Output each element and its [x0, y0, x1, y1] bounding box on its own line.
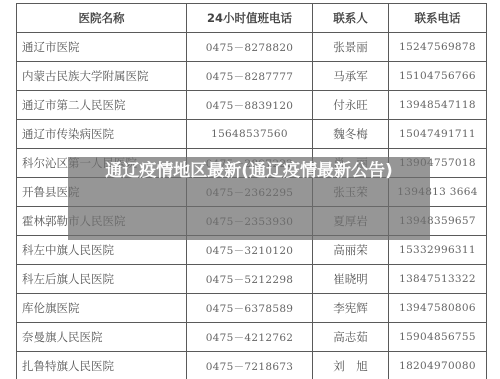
contact-person: 张景丽 — [313, 33, 389, 62]
hotline: 0475－6378589 — [187, 294, 313, 323]
contact-person: 高志茹 — [313, 323, 389, 352]
table-row: 通辽市传染病医院 15648537560 魏冬梅 15047491711 — [17, 120, 487, 149]
table-row: 扎鲁特旗人民医院 0475－7218673 刘 旭 18204970080 — [17, 352, 487, 379]
header-contact-phone: 联系电话 — [389, 4, 487, 33]
hospital-name: 库伦旗医院 — [17, 294, 187, 323]
table-row: 科左后旗人民医院 0475－5212298 崔晓明 13847513322 — [17, 265, 487, 294]
table-row: 库伦旗医院 0475－6378589 李宪辉 13947580806 — [17, 294, 487, 323]
table-row: 通辽市第二人民医院 0475－8839120 付永旺 13948547118 — [17, 91, 487, 120]
header-hospital-name: 医院名称 — [17, 4, 187, 33]
table-row: 奈曼旗人民医院 0475－4212762 高志茹 15904856755 — [17, 323, 487, 352]
table-header-row: 医院名称 24小时值班电话 联系人 联系电话 — [17, 4, 487, 33]
contact-person: 魏冬梅 — [313, 120, 389, 149]
contact-phone: 15904856755 — [389, 323, 487, 352]
hotline: 0475－7218673 — [187, 352, 313, 379]
contact-phone: 13948547118 — [389, 91, 487, 120]
hotline: 0475－8287777 — [187, 62, 313, 91]
contact-person: 马承军 — [313, 62, 389, 91]
hotline: 0475－8839120 — [187, 91, 313, 120]
contact-person: 李宪辉 — [313, 294, 389, 323]
overlay-title: 通辽疫情地区最新(通辽疫情最新公告) — [68, 160, 430, 182]
table-row: 内蒙古民族大学附属医院 0475－8287777 马承军 15104756766 — [17, 62, 487, 91]
hospital-name: 通辽市医院 — [17, 33, 187, 62]
contact-phone: 18204970080 — [389, 352, 487, 379]
hotline: 15648537560 — [187, 120, 313, 149]
hotline: 0475－8278820 — [187, 33, 313, 62]
hotline: 0475－5212298 — [187, 265, 313, 294]
contact-person: 付永旺 — [313, 91, 389, 120]
hotline: 0475－4212762 — [187, 323, 313, 352]
table-row: 通辽市医院 0475－8278820 张景丽 15247569878 — [17, 33, 487, 62]
contact-phone: 15104756766 — [389, 62, 487, 91]
contact-phone: 15047491711 — [389, 120, 487, 149]
contact-phone: 13847513322 — [389, 265, 487, 294]
hospital-name: 扎鲁特旗人民医院 — [17, 352, 187, 379]
contact-person: 崔晓明 — [313, 265, 389, 294]
header-contact-person: 联系人 — [313, 4, 389, 33]
hospital-name: 内蒙古民族大学附属医院 — [17, 62, 187, 91]
contact-person: 刘 旭 — [313, 352, 389, 379]
hospital-name: 科左后旗人民医院 — [17, 265, 187, 294]
hospital-name: 通辽市第二人民医院 — [17, 91, 187, 120]
hospital-name: 奈曼旗人民医院 — [17, 323, 187, 352]
hospital-name: 通辽市传染病医院 — [17, 120, 187, 149]
contact-phone: 15247569878 — [389, 33, 487, 62]
contact-phone: 13947580806 — [389, 294, 487, 323]
header-24h-hotline: 24小时值班电话 — [187, 4, 313, 33]
